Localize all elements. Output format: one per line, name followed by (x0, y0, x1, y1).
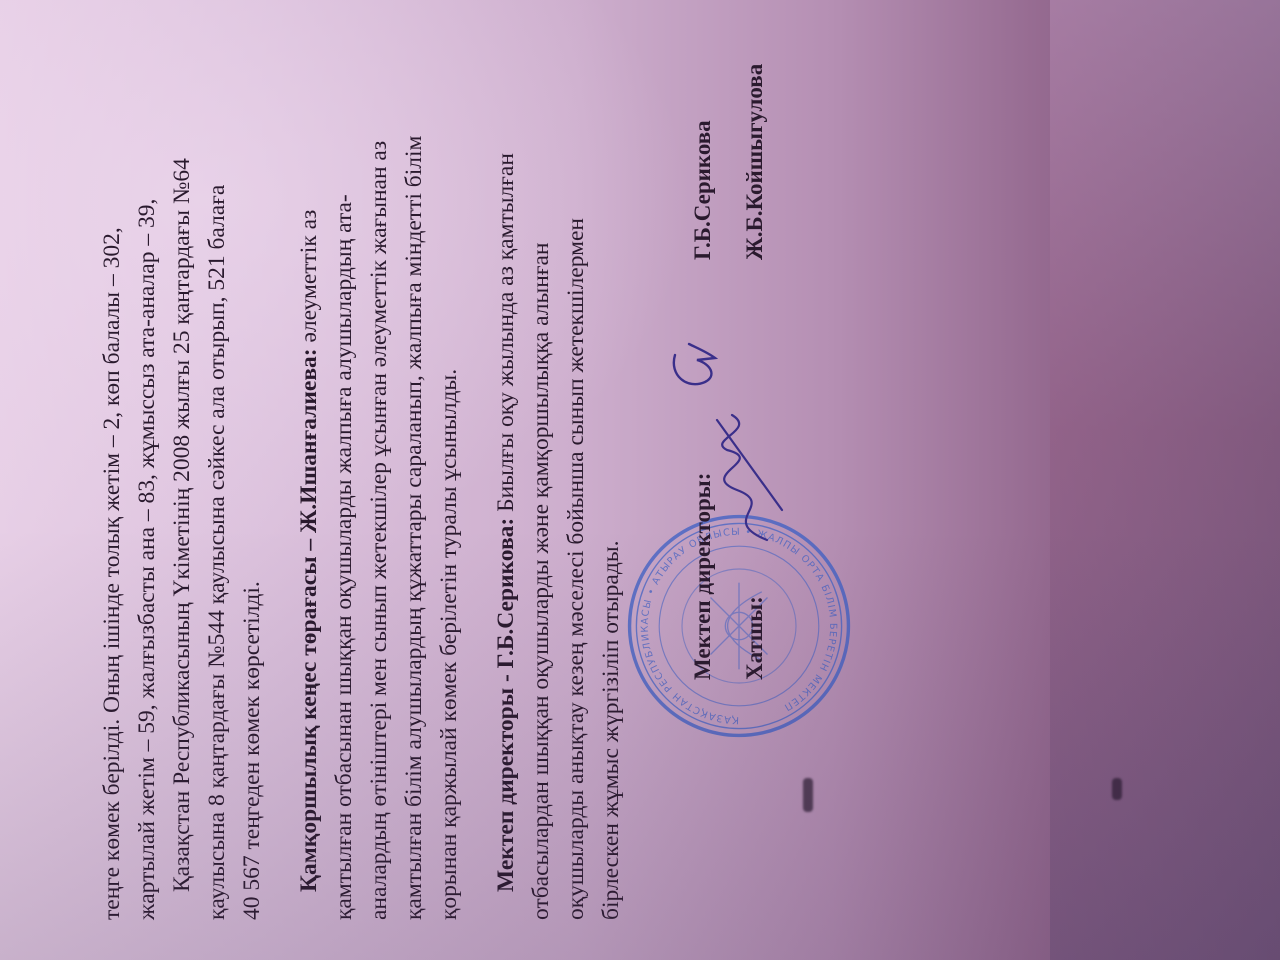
paragraph-aid-statistics: теңге көмек берілді. Оның ішінде толық ж… (95, 20, 270, 920)
ink-smudge (1112, 778, 1122, 800)
document-page: теңге көмек берілді. Оның ішінде толық ж… (95, 20, 837, 920)
text-line: Мектеп директоры - Г.Б.Серикова: Биылғы … (489, 20, 524, 920)
signature-role: Мектеп директоры: (685, 410, 720, 680)
text-line: отбасылардан шыққан оқушыларды және қамқ… (524, 20, 559, 920)
text-line: Қазақстан Республикасының Үкіметінің 200… (165, 20, 200, 920)
text-line: қамтылған отбасынан шыққан оқушыларды жа… (327, 20, 362, 920)
paragraph-director: Мектеп директоры - Г.Б.Серикова: Биылғы … (489, 20, 629, 920)
text-line: қамтылған білім алушылардың құжаттары са… (397, 20, 432, 920)
text-line: қаулысына 8 қаңтардағы №544 қаулысына сә… (200, 20, 235, 920)
text-line: оқушыларды анықтау кезең мәселесі бойынш… (559, 20, 594, 920)
text-line: қорынан қаржылай көмек берілетін туралы … (432, 20, 467, 920)
paragraph-trustee-council: Қамқоршылық кеңес төрағасы – Ж.Ишанғалие… (292, 20, 467, 920)
signature-name: Ж.Б.Койшыгулова (737, 64, 772, 410)
signature-row-director: Мектеп директоры:Г.Б.Серикова (685, 120, 720, 680)
text-line: Қамқоршылық кеңес төрағасы – Ж.Ишанғалие… (292, 20, 327, 920)
text-line: жартылай жетім – 59, жалғызбасты ана – 8… (130, 20, 165, 920)
signature-name: Г.Б.Серикова (685, 120, 720, 410)
text-line: теңге көмек берілді. Оның ішінде толық ж… (95, 20, 130, 920)
text-line: 40 567 теңгеден көмек көрсетілді. (235, 20, 270, 920)
signature-role: Хатшы: (737, 410, 772, 680)
signature-row-secretary: Хатшы:Ж.Б.Койшыгулова (737, 64, 772, 680)
text-line: аналардың өтініштері мен сынып жетекшіле… (362, 20, 397, 920)
photo-shadow-right (1050, 0, 1280, 960)
text-line: бірлескен жұмыс жүргізіліп отырады. (594, 20, 629, 920)
ink-smudge (803, 778, 813, 812)
speaker-name: Қамқоршылық кеңес төрағасы – Ж.Ишанғалие… (296, 348, 322, 892)
speaker-name: Мектеп директоры - Г.Б.Серикова: (493, 518, 519, 892)
